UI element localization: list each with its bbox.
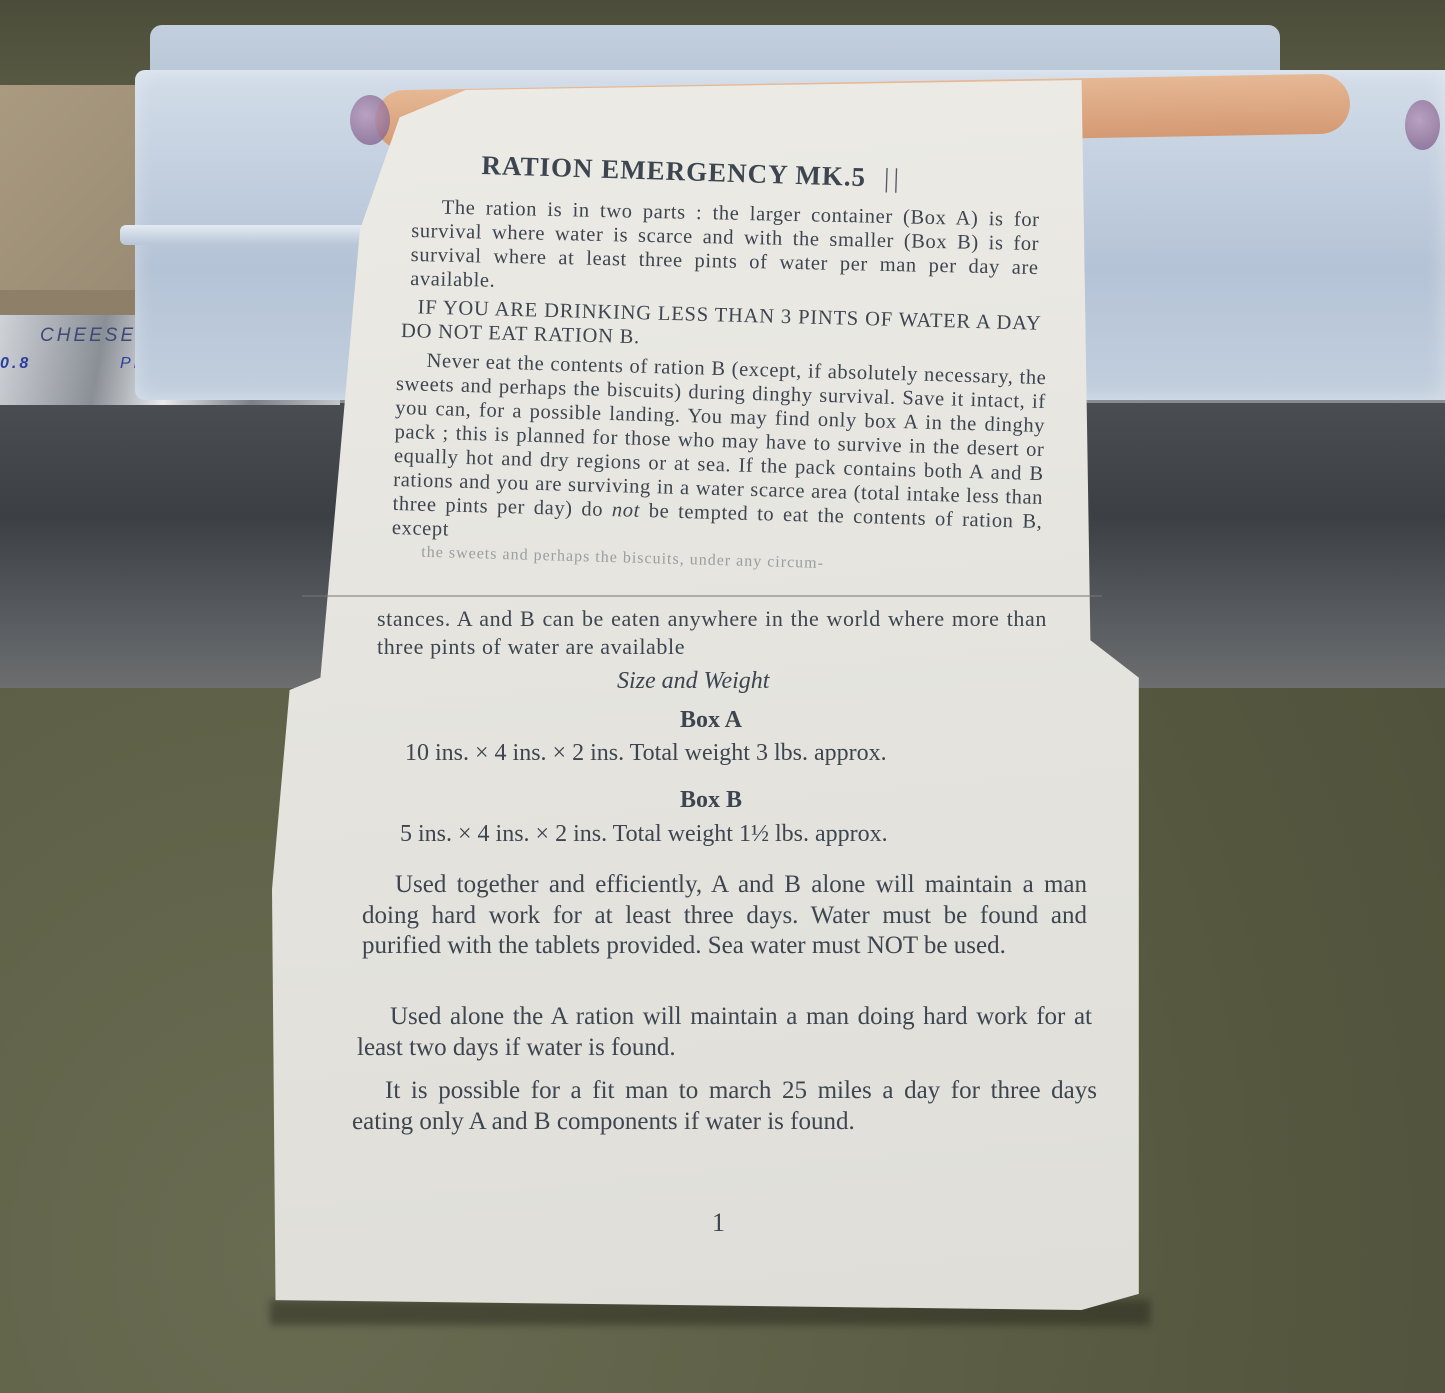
paragraph-anywhere: stances. A and B can be eaten anywhere i…	[377, 605, 1047, 661]
box-b-spec: 5 ins. × 4 ins. × 2 ins. Total weight 1½…	[400, 821, 888, 848]
paper-fold-line	[302, 595, 1102, 597]
box-a-spec: 10 ins. × 4 ins. × 2 ins. Total weight 3…	[405, 740, 887, 767]
italic-not: not	[612, 499, 641, 522]
size-weight-heading: Size and Weight	[617, 668, 769, 695]
cardboard-edge	[0, 290, 150, 318]
box-b-heading: Box B	[680, 787, 742, 814]
box-a-heading: Box A	[680, 707, 742, 734]
instruction-leaflet: RATION EMERGENCY MK.5|| The ration is in…	[272, 80, 1152, 1325]
page-number: 1	[712, 1208, 725, 1238]
pen-mark: ||	[884, 163, 904, 194]
foil-label-code: 0.8	[0, 355, 31, 373]
foil-label-cheese: CHEESE	[40, 325, 136, 347]
paragraph-march: It is possible for a fit man to march 25…	[352, 1075, 1097, 1137]
paragraph-intro: The ration is in two parts : the larger …	[410, 195, 1040, 304]
paragraph-dinghy-survival: Never eat the contents of ration B (exce…	[391, 348, 1047, 582]
purple-bead	[1405, 100, 1440, 150]
paragraph-text: Never eat the contents of ration B (exce…	[392, 350, 1046, 521]
paragraph-used-together: Used together and efficiently, A and B a…	[362, 870, 1087, 962]
paragraph-used-alone: Used alone the A ration will maintain a …	[357, 1002, 1092, 1063]
